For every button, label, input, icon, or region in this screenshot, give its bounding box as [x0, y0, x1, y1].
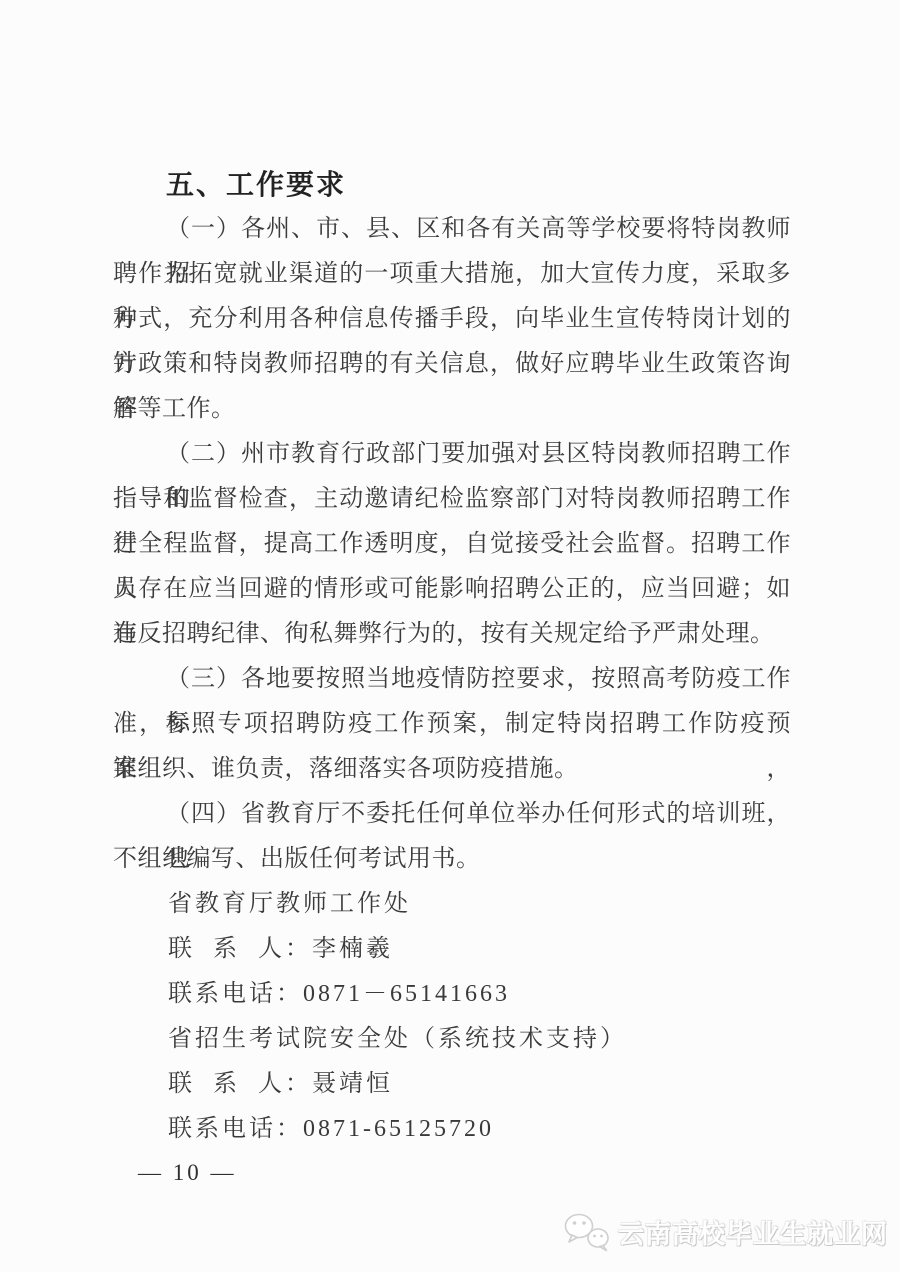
text-line: 员存在应当回避的情形或可能影响招聘公正的，应当回避；如有: [113, 567, 791, 612]
text-line: 方式，充分利用各种信息传播手段，向毕业生宣传特岗计划的方: [113, 297, 791, 342]
page-number: — 10 —: [138, 1160, 237, 1186]
paragraph-4: （四）省教育厅不委托任何单位举办任何形式的培训班，也 不组织编写、出版任何考试用…: [113, 792, 791, 882]
paragraph-3: （三）各地要按照当地疫情防控要求，按照高考防疫工作标 准，参照专项招聘防疫工作预…: [113, 657, 791, 792]
text-line: （四）省教育厅不委托任何单位举办任何形式的培训班，也: [113, 792, 791, 837]
contact-info: 省教育厅教师工作处 联 系 人：李楠羲 联系电话：0871－65141663 省…: [113, 882, 791, 1152]
watermark-text: 云南高校毕业生就业网: [618, 1214, 888, 1251]
text-line: （三）各地要按照当地疫情防控要求，按照高考防疫工作标: [113, 657, 791, 702]
contact-dept-line: 省招生考试院安全处（系统技术支持）: [113, 1017, 791, 1062]
text-line: 针政策和特岗教师招聘的有关信息，做好应聘毕业生政策咨询解: [113, 342, 791, 387]
paragraph-2: （二）州市教育行政部门要加强对县区特岗教师招聘工作的 指导和监督检查，主动邀请纪…: [113, 432, 791, 657]
contact-person-line: 联 系 人：李楠羲: [113, 927, 791, 972]
document-body: 五、工作要求 （一）各州、市、县、区和各有关高等学校要将特岗教师招 聘作为拓宽就…: [113, 162, 791, 1152]
text-line: （二）州市教育行政部门要加强对县区特岗教师招聘工作的: [113, 432, 791, 477]
section-heading: 五、工作要求: [113, 162, 791, 207]
wechat-icon: [562, 1210, 612, 1254]
paragraph-1: （一）各州、市、县、区和各有关高等学校要将特岗教师招 聘作为拓宽就业渠道的一项重…: [113, 207, 791, 432]
text-line: 违反招聘纪律、徇私舞弊行为的，按有关规定给予严肃处理。: [113, 612, 791, 657]
text-line: 指导和监督检查，主动邀请纪检监察部门对特岗教师招聘工作进: [113, 477, 791, 522]
contact-person-line: 联 系 人：聂靖恒: [113, 1062, 791, 1107]
text-line: 不组织编写、出版任何考试用书。: [113, 837, 791, 882]
text-line: 准，参照专项招聘防疫工作预案，制定特岗招聘工作防疫预案，: [113, 702, 791, 747]
text-line: （一）各州、市、县、区和各有关高等学校要将特岗教师招: [113, 207, 791, 252]
contact-phone-line: 联系电话：0871-65125720: [113, 1107, 791, 1152]
contact-dept-line: 省教育厅教师工作处: [113, 882, 791, 927]
text-line: 聘作为拓宽就业渠道的一项重大措施，加大宣传力度，采取多种: [113, 252, 791, 297]
text-line: 答等工作。: [113, 387, 791, 432]
scanned-document-page: 五、工作要求 （一）各州、市、县、区和各有关高等学校要将特岗教师招 聘作为拓宽就…: [0, 0, 900, 1272]
contact-phone-line: 联系电话：0871－65141663: [113, 972, 791, 1017]
text-line: 行全程监督，提高工作透明度，自觉接受社会监督。招聘工作人: [113, 522, 791, 567]
site-watermark: 云南高校毕业生就业网: [562, 1210, 888, 1254]
